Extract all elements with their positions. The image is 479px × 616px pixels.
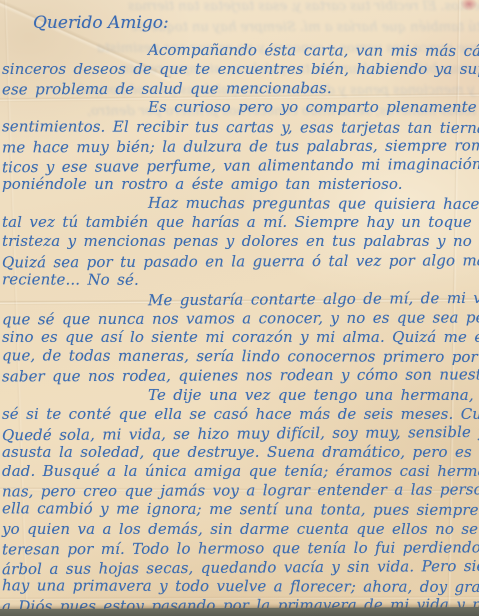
handwriting-line: yo quien va a los demás, sin darme cuent… [2, 520, 479, 539]
letter-photo: sentimientos. El recibir tus cartas y, e… [0, 0, 479, 616]
handwriting-line: sé si te conté que ella se casó hace más… [2, 405, 479, 424]
handwriting-line: Te dije una vez que tengo una hermana, p… [2, 386, 479, 405]
letter-greeting: Querido Amigo: [33, 13, 169, 33]
handwriting-line: que sé que nunca nos vamos a conocer, y … [2, 308, 479, 330]
handwriting-line: poniéndole un rostro a éste amigo tan mi… [2, 175, 479, 194]
handwriting-line: dad. Busqué a la única amiga que tenía; … [2, 462, 479, 481]
handwriting-line: ese problema de salud que mencionabas. [2, 78, 479, 100]
handwriting-line: Haz muchas preguntas que quisiera hacert… [2, 193, 479, 214]
handwriting-line: sino es que así lo siente mi corazón y m… [2, 328, 479, 347]
handwriting-line: me hace muy bién; la dulzura de tus pala… [2, 135, 479, 157]
handwriting-line: nas, pero creo que jamás voy a lograr en… [2, 480, 479, 502]
letter-body: Acompañando ésta carta, van mis más cáli… [2, 41, 479, 615]
handwriting-line: teresan por mí. Todo lo hermoso que tení… [2, 537, 479, 559]
handwriting-line: Quizá sea por tu pasado en la guerra ó t… [2, 250, 479, 272]
handwriting-line: sinceros deseos de que te encuentres bié… [2, 60, 479, 79]
handwriting-line: asusta la soledad, que destruye. Suena d… [2, 443, 479, 462]
handwriting-line: hay una primavera y todo vuelve a florec… [2, 576, 479, 597]
handwriting-line: Quedé sola, mi vida, se hizo muy difícil… [2, 422, 479, 446]
handwriting-line: Es curioso pero yo comparto plenamente t… [2, 98, 479, 117]
handwriting-line: sentimientos. El recibir tus cartas y, e… [2, 117, 479, 138]
handwriting-line: tristeza y mencionas penas y dolores en … [2, 232, 479, 251]
handwriting-line: ella cambió y me ignora; me sentí una to… [2, 500, 479, 521]
handwriting-line: Acompañando ésta carta, van mis más cáli… [2, 40, 479, 61]
handwriting-line: tal vez tú también que harías a mí. Siem… [2, 213, 479, 232]
handwriting-line: ticos y ese suave perfume, van alimentan… [2, 154, 479, 178]
handwriting-line: reciente... No sé. [2, 270, 479, 291]
table-surface-edge [0, 607, 479, 616]
handwriting-line: saber que nos rodea, quienes nos rodean … [2, 365, 479, 387]
